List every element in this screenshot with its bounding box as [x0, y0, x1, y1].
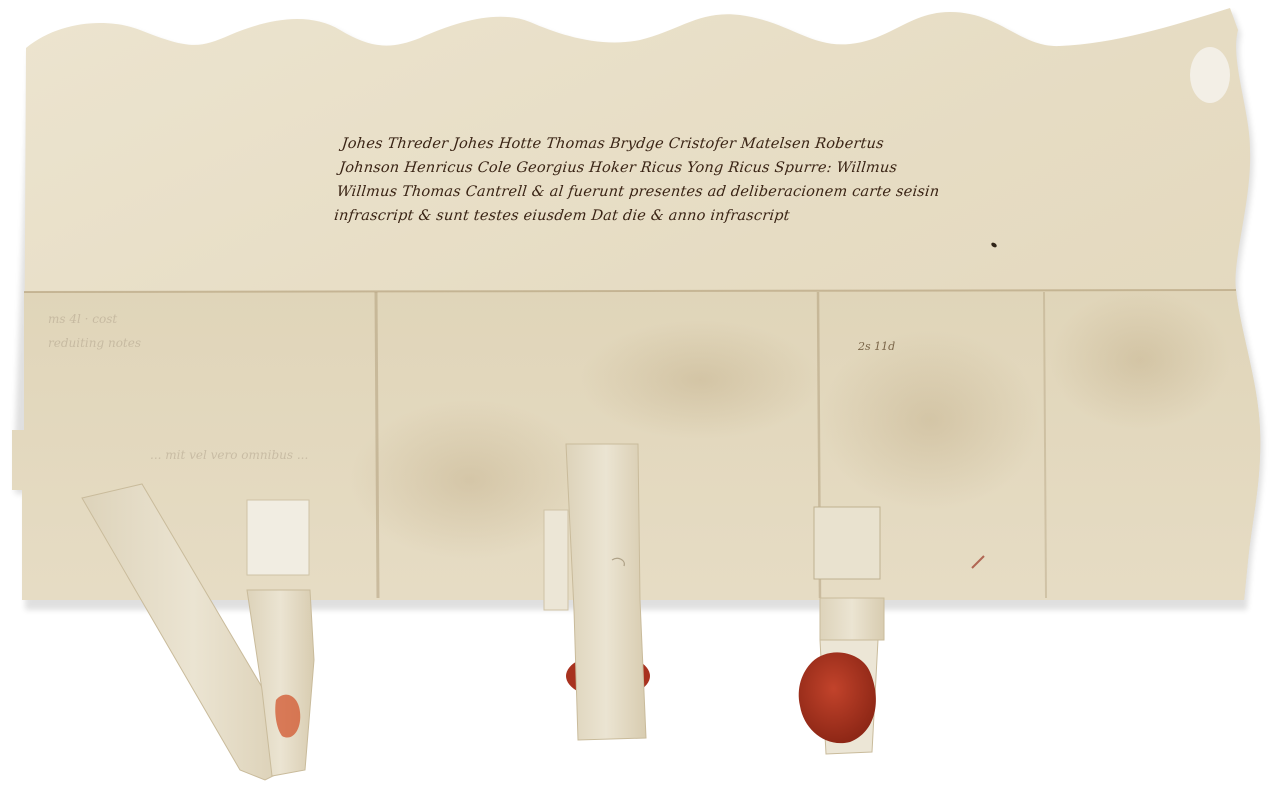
faded-text: ... mit vel vero omnibus ... — [150, 448, 308, 462]
marginal-note: 2s 11d — [858, 340, 895, 353]
faded-text: ms 4l · cost — [48, 312, 117, 326]
endorsement-line: Johes Threder Johes Hotte Thomas Brydge … — [341, 132, 984, 156]
light-patch — [1190, 47, 1230, 103]
red-wax-seal — [799, 652, 876, 743]
stain — [820, 330, 1040, 510]
tag-slot — [247, 500, 309, 575]
faded-text: reduiting notes — [48, 336, 141, 350]
stain — [1050, 290, 1230, 430]
stain — [580, 320, 820, 440]
endorsement-line: Willmus Thomas Cantrell & al fuerunt pre… — [335, 180, 978, 204]
tag-slot — [814, 507, 880, 579]
endorsement-text: Johes Threder Johes Hotte Thomas Brydge … — [333, 132, 983, 228]
seal-tag-3 — [566, 444, 650, 740]
seal-tag-2 — [544, 510, 568, 610]
parchment-illustration — [0, 0, 1280, 792]
endorsement-line: infrascript & sunt testes eiusdem Dat di… — [333, 204, 976, 228]
endorsement-line: Johnson Henricus Cole Georgius Hoker Ric… — [338, 156, 981, 180]
photo-stage: Johes Threder Johes Hotte Thomas Brydge … — [0, 0, 1280, 792]
